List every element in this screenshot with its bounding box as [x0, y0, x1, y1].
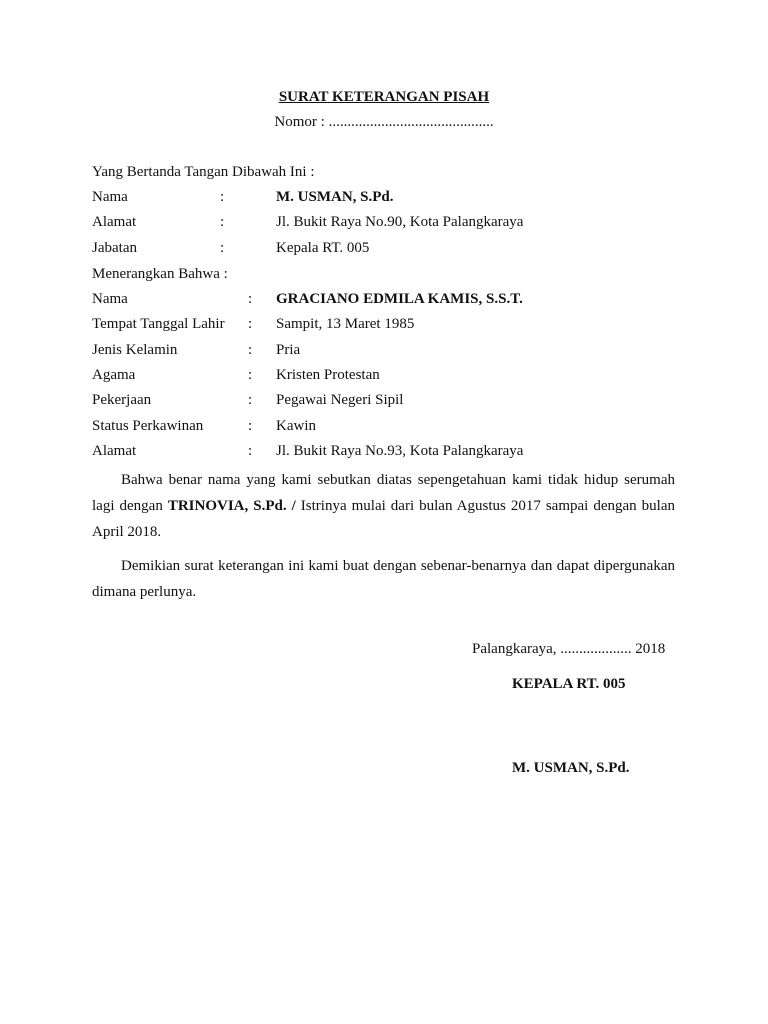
explains-label: Menerangkan Bahwa : [92, 265, 228, 283]
field-value: Pria [276, 341, 300, 359]
intro-text: Yang Bertanda Tangan Dibawah Ini : [92, 163, 315, 181]
field-colon: : [248, 391, 252, 409]
field-label: Nama [92, 188, 128, 206]
field-colon: : [248, 290, 252, 308]
field-value: Jl. Bukit Raya No.90, Kota Palangkaraya [276, 213, 523, 231]
field-colon: : [248, 341, 252, 359]
field-colon: : [248, 417, 252, 435]
letter-title: SURAT KETERANGAN PISAH [0, 88, 768, 106]
paragraph-statement: Bahwa benar nama yang kami sebutkan diat… [92, 467, 675, 545]
field-value: Kawin [276, 417, 316, 435]
field-value: Jl. Bukit Raya No.93, Kota Palangkaraya [276, 442, 523, 460]
field-value: Sampit, 13 Maret 1985 [276, 315, 414, 333]
field-colon: : [220, 213, 224, 231]
field-value: Pegawai Negeri Sipil [276, 391, 403, 409]
field-label: Status Perkawinan [92, 417, 203, 435]
field-colon: : [220, 239, 224, 257]
field-label: Tempat Tanggal Lahir [92, 315, 225, 333]
place-date: Palangkaraya, ................... 2018 [472, 641, 665, 658]
field-colon: : [248, 315, 252, 333]
field-label: Jabatan [92, 239, 137, 257]
field-label: Alamat [92, 442, 136, 460]
field-label: Pekerjaan [92, 391, 151, 409]
field-label: Jenis Kelamin [92, 341, 177, 359]
field-value: M. USMAN, S.Pd. [276, 188, 394, 206]
field-colon: : [248, 442, 252, 460]
field-label: Nama [92, 290, 128, 308]
field-colon: : [248, 366, 252, 384]
field-label: Agama [92, 366, 135, 384]
field-label: Alamat [92, 213, 136, 231]
letter-number: Nomor : ................................… [0, 113, 768, 131]
signer-title: KEPALA RT. 005 [512, 676, 626, 693]
field-colon: : [220, 188, 224, 206]
field-value: GRACIANO EDMILA KAMIS, S.S.T. [276, 290, 523, 308]
field-value: Kristen Protestan [276, 366, 380, 384]
signer-name: M. USMAN, S.Pd. [512, 760, 630, 777]
spouse-name: TRINOVIA, S.Pd. / [168, 498, 296, 514]
paragraph-closing: Demikian surat keterangan ini kami buat … [92, 553, 675, 605]
field-value: Kepala RT. 005 [276, 239, 369, 257]
